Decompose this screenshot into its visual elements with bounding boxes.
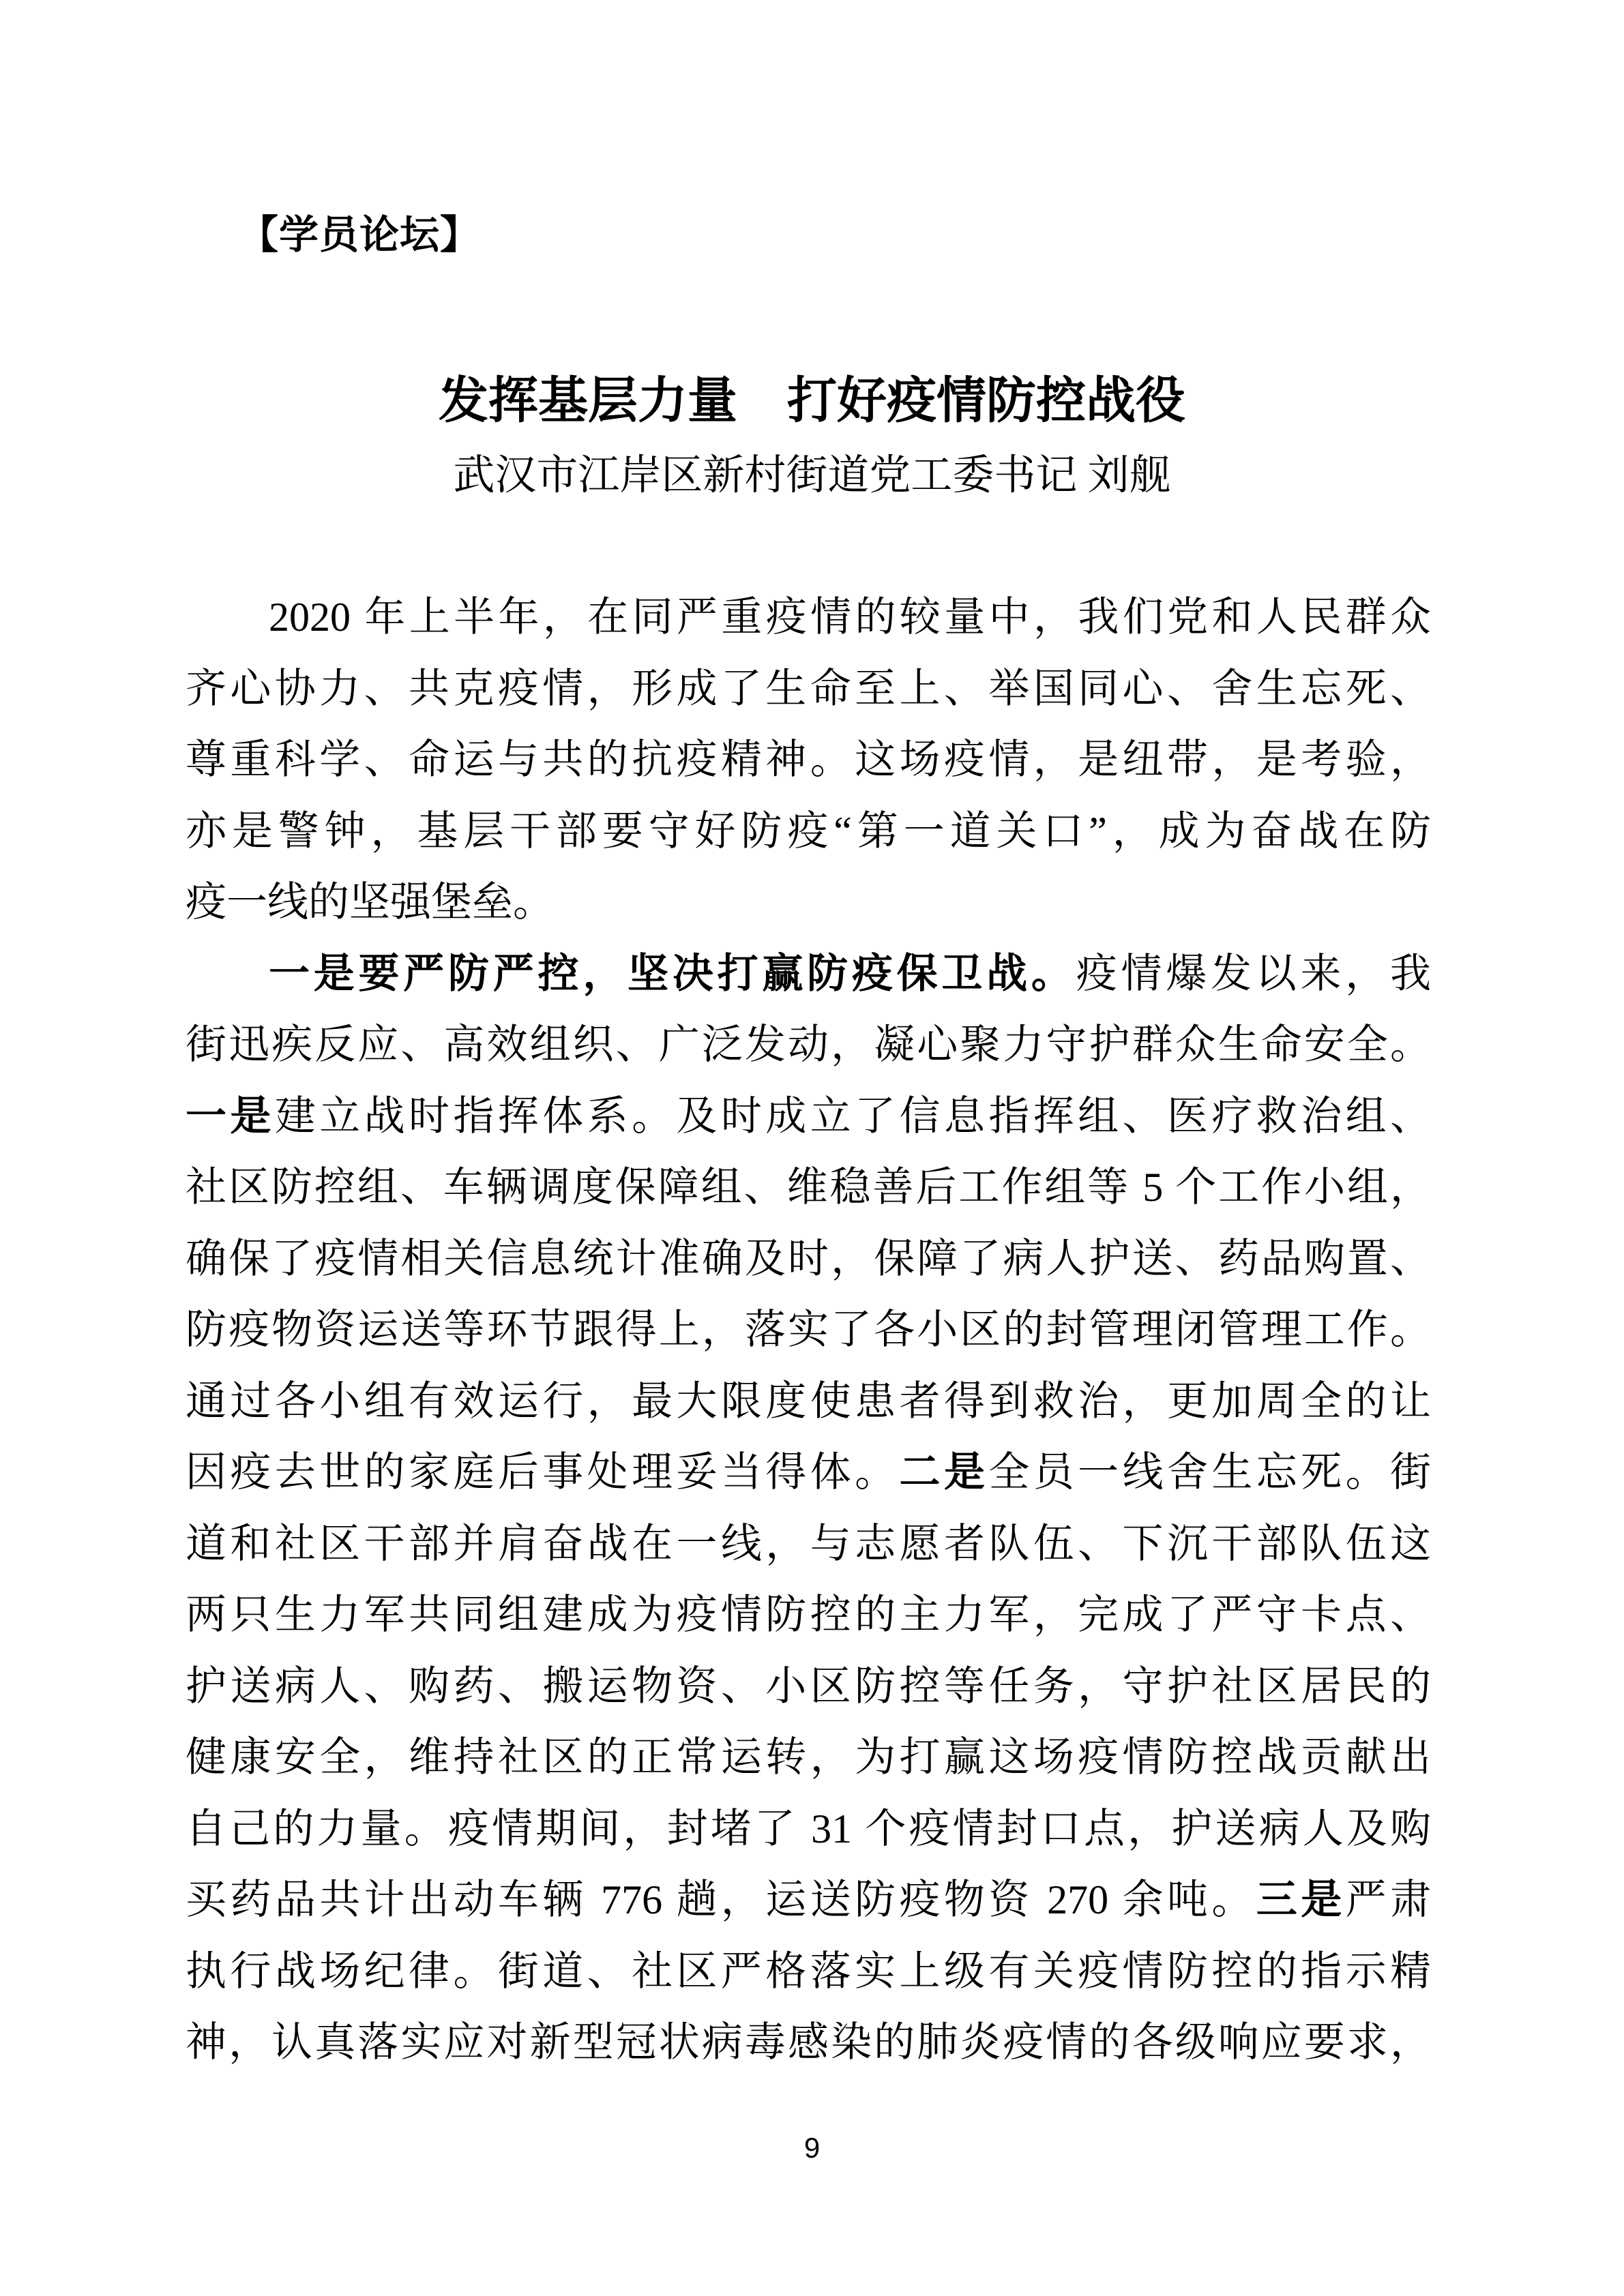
- body-line: 神，认真落实应对新型冠状病毒感染的肺炎疫情的各级响应要求，: [186, 2007, 1431, 2078]
- body-segment: 自己的力量。疫情期间，封堵了 31 个疫情封口点，护送病人及购: [186, 1806, 1431, 1851]
- body-line: 买药品共计出动车辆 776 趟，运送防疫物资 270 余吨。三是严肃: [186, 1864, 1431, 1936]
- body-line: 疫一线的坚强堡垒。: [186, 867, 1431, 938]
- body-segment: 两只生力军共同组建成为疫情防控的主力军，完成了严守卡点、: [186, 1592, 1431, 1637]
- body-segment: 疫一线的坚强堡垒。: [186, 880, 554, 925]
- body-segment: 全员一线舍生忘死。街: [988, 1450, 1431, 1495]
- body-segment: 执行战场纪律。街道、社区严格落实上级有关疫情防控的指示精: [186, 1949, 1431, 1994]
- body-line: 通过各小组有效运行，最大限度使患者得到救治，更加周全的让: [186, 1366, 1431, 1437]
- body-segment: 亦是警钟，基层干部要守好防疫“第一道关口”，成为奋战在防: [186, 809, 1431, 854]
- page-title: 发挥基层力量 打好疫情防控战役: [0, 372, 1624, 430]
- body-segment-bold: 二是: [900, 1450, 989, 1495]
- page-number: 9: [0, 2132, 1624, 2164]
- body-segment: 通过各小组有效运行，最大限度使患者得到救治，更加周全的让: [186, 1379, 1431, 1424]
- body-line: 社区防控组、车辆调度保障组、维稳善后工作组等 5 个工作小组，: [186, 1152, 1431, 1223]
- body-line: 一是建立战时指挥体系。及时成立了信息指挥组、医疗救治组、: [186, 1081, 1431, 1152]
- body-line: 尊重科学、命运与共的抗疫精神。这场疫情，是纽带，是考验，: [186, 724, 1431, 796]
- body-line: 亦是警钟，基层干部要守好防疫“第一道关口”，成为奋战在防: [186, 796, 1431, 867]
- body-segment: 2020 年上半年，在同严重疫情的较量中，我们党和人民群众: [269, 595, 1431, 640]
- body-line: 街迅疾反应、高效组织、广泛发动，凝心聚力守护群众生命安全。: [186, 1009, 1431, 1081]
- body-line: 确保了疫情相关信息统计准确及时，保障了病人护送、药品购置、: [186, 1223, 1431, 1295]
- document-page: 【学员论坛】 发挥基层力量 打好疫情防控战役 武汉市江岸区新村街道党工委书记 刘…: [0, 0, 1624, 2296]
- section-tag: 【学员论坛】: [239, 213, 480, 258]
- body-segment: 尊重科学、命运与共的抗疫精神。这场疫情，是纽带，是考验，: [186, 737, 1431, 782]
- body-segment: 神，认真落实应对新型冠状病毒感染的肺炎疫情的各级响应要求，: [186, 2020, 1431, 2065]
- body-segment-bold: 三是: [1256, 1877, 1346, 1922]
- body-line: 防疫物资运送等环节跟得上，落实了各小区的封管理闭管理工作。: [186, 1294, 1431, 1366]
- body-segment: 防疫物资运送等环节跟得上，落实了各小区的封管理闭管理工作。: [186, 1307, 1431, 1352]
- body-segment: 护送病人、购药、搬运物资、小区防控等任务，守护社区居民的: [186, 1664, 1431, 1709]
- body-line: 两只生力军共同组建成为疫情防控的主力军，完成了严守卡点、: [186, 1579, 1431, 1651]
- body-line: 2020 年上半年，在同严重疫情的较量中，我们党和人民群众: [186, 582, 1431, 653]
- body-segment: 因疫去世的家庭后事处理妥当得体。: [186, 1450, 900, 1495]
- body-line: 道和社区干部并肩奋战在一线，与志愿者队伍、下沉干部队伍这: [186, 1508, 1431, 1580]
- body-segment: 齐心协力、共克疫情，形成了生命至上、举国同心、舍生忘死、: [186, 666, 1431, 711]
- body-segment: 街迅疾反应、高效组织、广泛发动，凝心聚力守护群众生命安全。: [186, 1022, 1431, 1067]
- body-segment: 疫情爆发以来，我: [1076, 951, 1431, 996]
- body-segment: 社区防控组、车辆调度保障组、维稳善后工作组等 5 个工作小组，: [186, 1165, 1431, 1210]
- body-segment: 买药品共计出动车辆 776 趟，运送防疫物资 270 余吨。: [186, 1877, 1256, 1922]
- body-segment-bold: 一是要严防严控，坚决打赢防疫保卫战。: [269, 951, 1076, 996]
- body-segment-bold: 一是: [186, 1094, 275, 1139]
- body-line: 一是要严防严控，坚决打赢防疫保卫战。疫情爆发以来，我: [186, 938, 1431, 1010]
- body-segment: 严肃: [1346, 1877, 1431, 1922]
- body-text: 2020 年上半年，在同严重疫情的较量中，我们党和人民群众齐心协力、共克疫情，形…: [186, 582, 1431, 2078]
- body-segment: 健康安全，维持社区的正常运转，为打赢这场疫情防控战贡献出: [186, 1735, 1431, 1780]
- body-segment: 道和社区干部并肩奋战在一线，与志愿者队伍、下沉干部队伍这: [186, 1521, 1431, 1566]
- body-line: 自己的力量。疫情期间，封堵了 31 个疫情封口点，护送病人及购: [186, 1793, 1431, 1865]
- body-line: 护送病人、购药、搬运物资、小区防控等任务，守护社区居民的: [186, 1651, 1431, 1723]
- body-line: 齐心协力、共克疫情，形成了生命至上、举国同心、舍生忘死、: [186, 653, 1431, 725]
- body-segment: 确保了疫情相关信息统计准确及时，保障了病人护送、药品购置、: [186, 1236, 1431, 1281]
- body-line: 因疫去世的家庭后事处理妥当得体。二是全员一线舍生忘死。街: [186, 1437, 1431, 1508]
- body-line: 健康安全，维持社区的正常运转，为打赢这场疫情防控战贡献出: [186, 1722, 1431, 1793]
- body-segment: 建立战时指挥体系。及时成立了信息指挥组、医疗救治组、: [275, 1094, 1431, 1139]
- byline: 武汉市江岸区新村街道党工委书记 刘舰: [0, 451, 1624, 501]
- body-line: 执行战场纪律。街道、社区严格落实上级有关疫情防控的指示精: [186, 1936, 1431, 2008]
